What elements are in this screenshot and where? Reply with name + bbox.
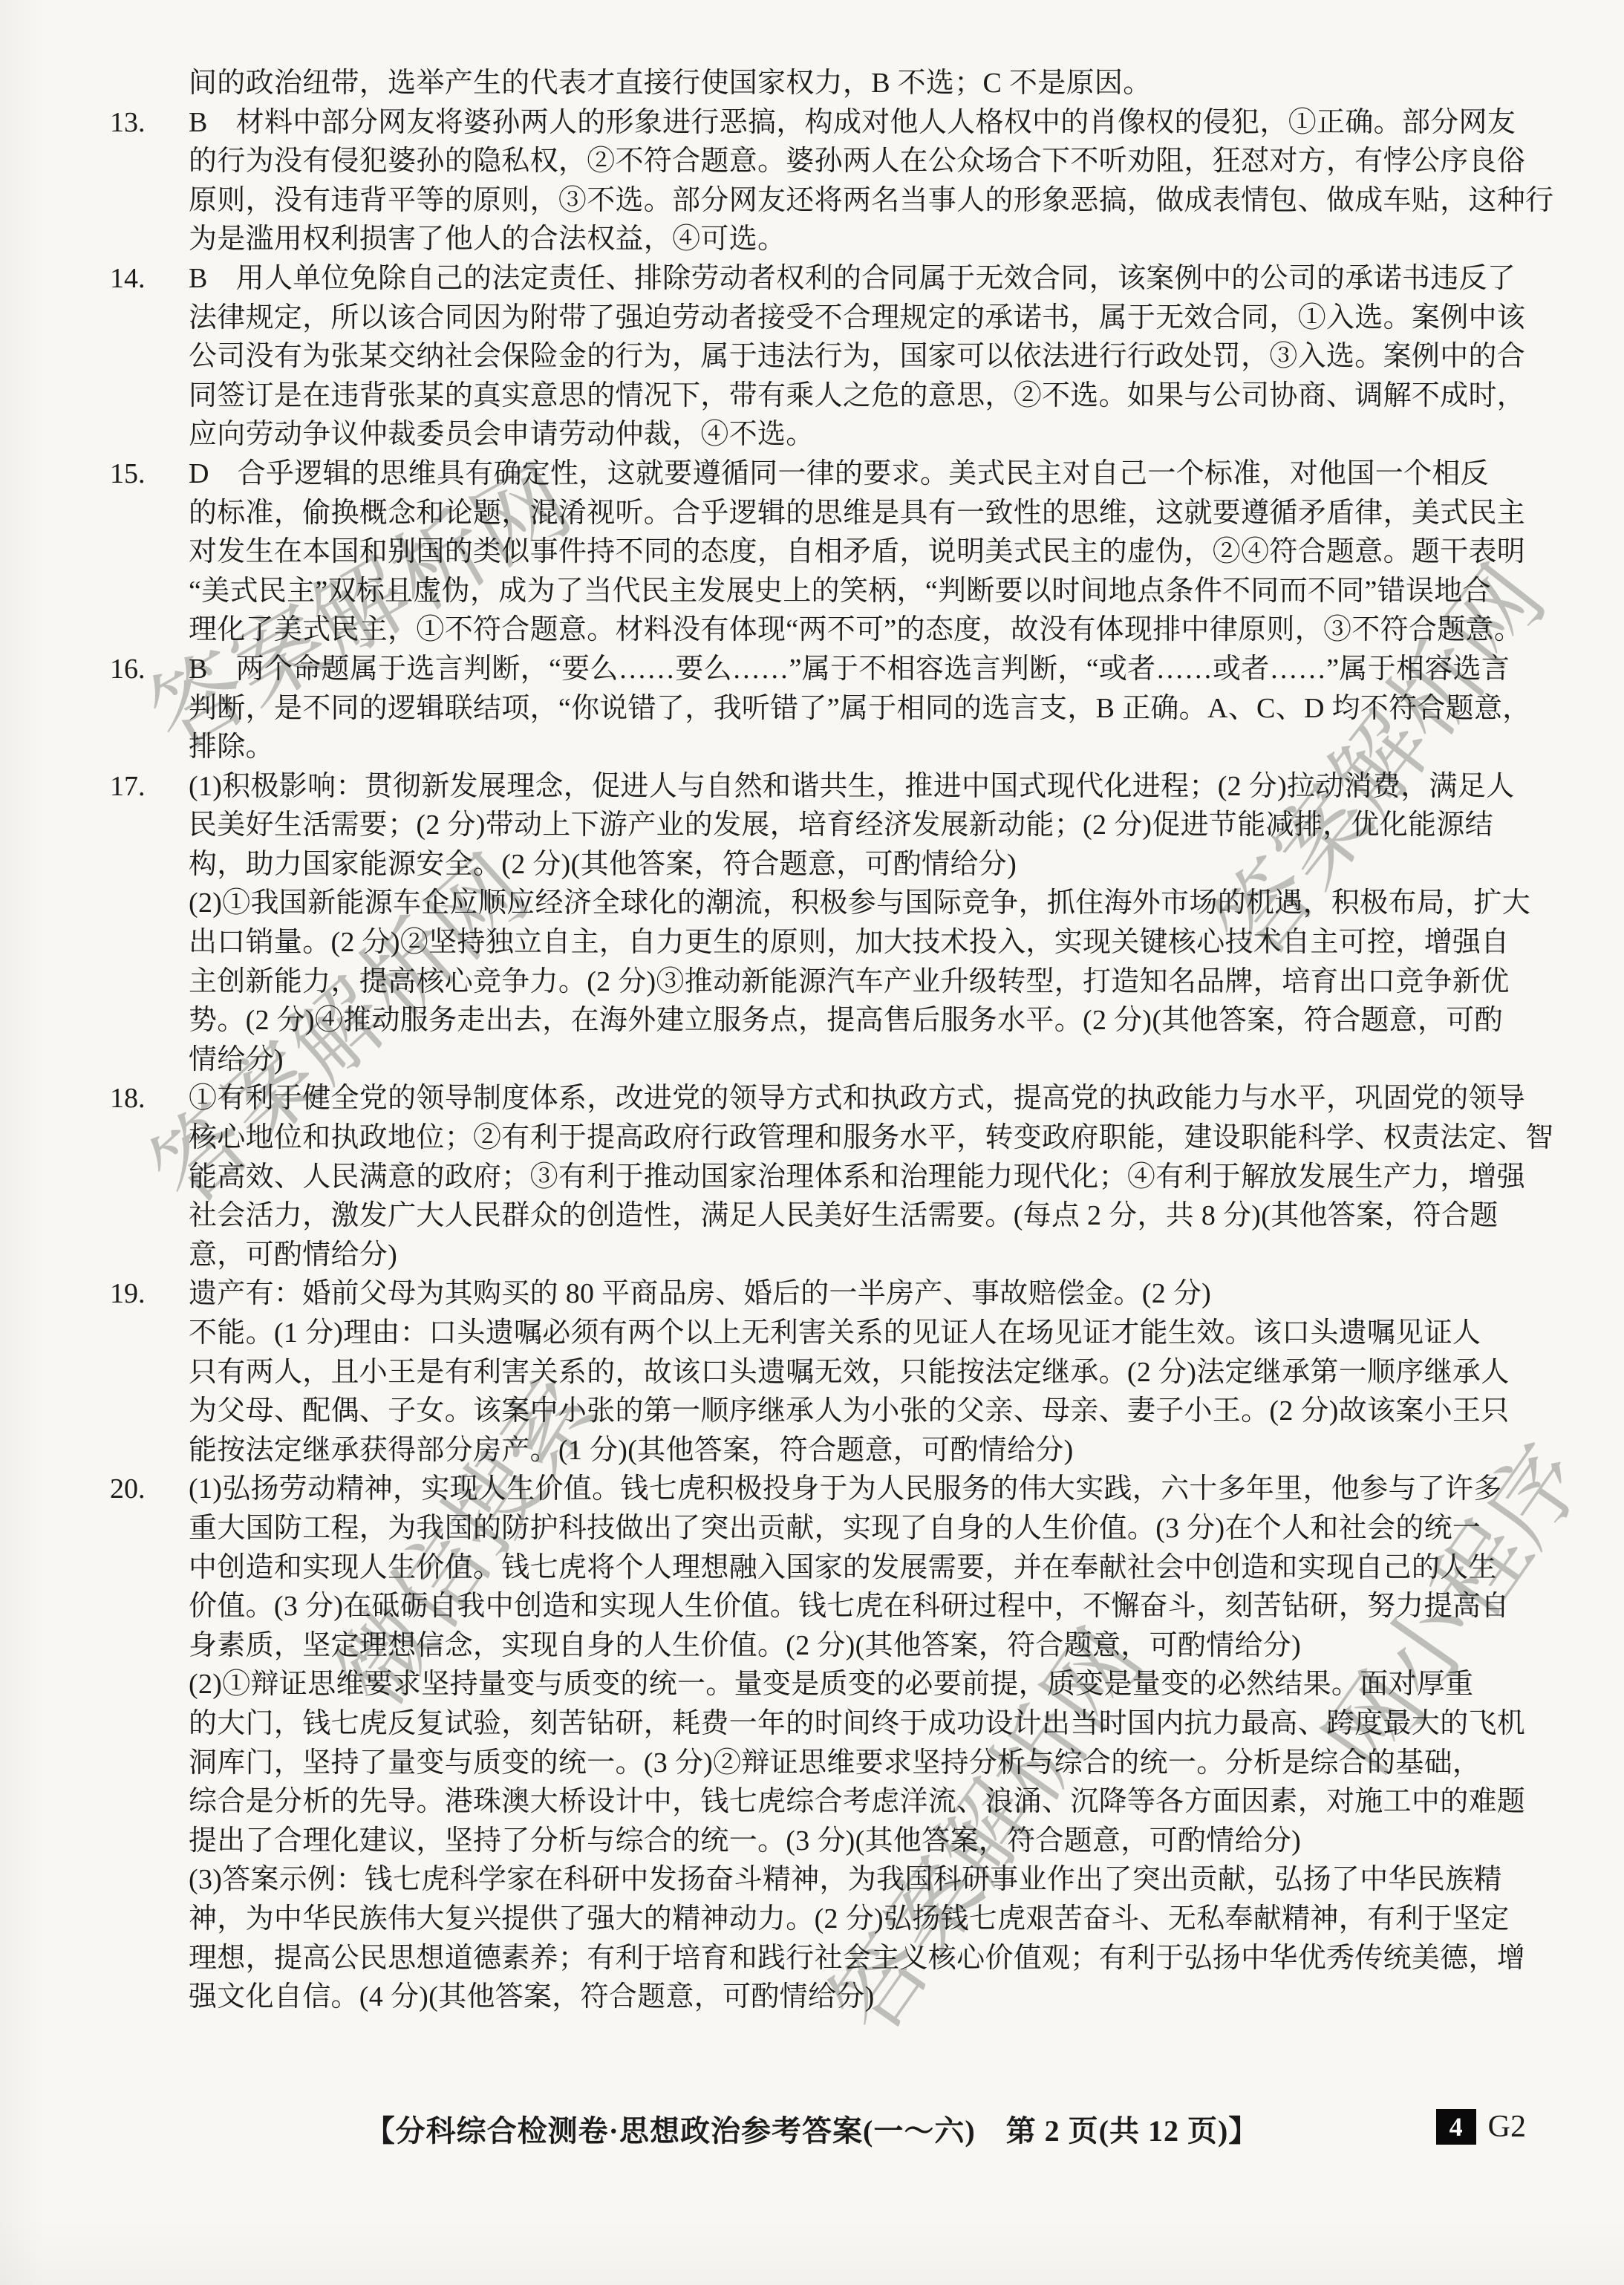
answer-number: 20. bbox=[110, 1470, 189, 2016]
answer-line: 理想，提高公民思想道德素养；有利于培育和践行社会主义核心价值观；有利于弘扬中华优… bbox=[189, 1939, 1522, 1978]
answer-line-text: 两个命题属于选言判断，“要么……要么……”属于不相容选言判断，“或者……或者……… bbox=[236, 653, 1510, 685]
answer-line-text: 间的政治纽带，选举产生的代表才直接行使国家权力，B 不选；C 不是原因。 bbox=[189, 68, 1152, 99]
footer-badge: 4 bbox=[1436, 2109, 1476, 2145]
answer-number: 15. bbox=[110, 454, 189, 650]
answer-line-text: 材料中部分网友将婆孙两人的形象进行恶搞，构成对他人人格权中的肖像权的侵犯，①正确… bbox=[236, 107, 1516, 138]
answer-body: 遗产有：婚前父母为其购买的 80 平商品房、婚后的一半房产、事故赔偿金。(2 分… bbox=[189, 1274, 1522, 1470]
answer-letter: B bbox=[189, 650, 208, 689]
answer-line-text: 的标准，偷换概念和论题，混淆视听。合乎逻辑的思维是具有一致性的思维，这就要遵循矛… bbox=[189, 498, 1525, 529]
answer-line: 构，助力国家能源安全。(2 分)(其他答案，符合题意，可酌情给分) bbox=[189, 845, 1522, 884]
answer-line: 只有两人，且小王是有利害关系的，故该口头遗嘱无效，只能按法定继承。(2 分)法定… bbox=[189, 1353, 1522, 1392]
answer-letter: B bbox=[189, 103, 208, 143]
answer-line: B用人单位免除自己的法定责任、排除劳动者权利的合同属于无效合同，该案例中的公司的… bbox=[189, 259, 1522, 299]
answer-line-text: 的大门，钱七虎反复试验，刻苦钻研，耗费一年的时间终于成功设计出当时国内抗力最高、… bbox=[189, 1708, 1525, 1739]
answer-line: 民美好生活需要；(2 分)带动上下游产业的发展，培育经济发展新动能；(2 分)促… bbox=[189, 806, 1522, 845]
answer-line: 间的政治纽带，选举产生的代表才直接行使国家权力，B 不选；C 不是原因。 bbox=[189, 64, 1522, 103]
answer-body: (1)弘扬劳动精神，实现人生价值。钱七虎积极投身于为人民服务的伟大实践，六十多年… bbox=[189, 1470, 1522, 2016]
answer-line: (2)①辩证思维要求坚持量变与质变的统一。量变是质变的必要前提，质变是量变的必然… bbox=[189, 1665, 1522, 1704]
answer-line-text: 民美好生活需要；(2 分)带动上下游产业的发展，培育经济发展新动能；(2 分)促… bbox=[189, 809, 1493, 841]
answer-line: B材料中部分网友将婆孙两人的形象进行恶搞，构成对他人人格权中的肖像权的侵犯，①正… bbox=[189, 103, 1522, 143]
answer-line: 强文化自信。(4 分)(其他答案，符合题意，可酌情给分) bbox=[189, 1978, 1522, 2017]
answer-body: (1)积极影响：贯彻新发展理念，促进人与自然和谐共生，推进中国式现代化进程；(2… bbox=[189, 767, 1522, 1080]
answer-line-text: 判断，是不同的逻辑联结项，“你说错了，我听错了”属于相同的选言支，B 正确。A、… bbox=[189, 693, 1531, 724]
answer-line-text: 价值。(3 分)在砥砺自我中创造和实现人生价值。钱七虎在科研过程中，不懈奋斗，刻… bbox=[189, 1591, 1510, 1622]
answer-line-text: 应向劳动争议仲裁委员会申请劳动仲裁，④不选。 bbox=[189, 419, 815, 450]
answer-line: 的行为没有侵犯婆孙的隐私权，②不符合题意。婆孙两人在公众场合下不听劝阻，狂怼对方… bbox=[189, 142, 1522, 181]
answer-line-text: 核心地位和执政地位；②有利于提高政府行政管理和服务水平，转变政府职能，建设职能科… bbox=[189, 1122, 1553, 1153]
answer-body: B两个命题属于选言判断，“要么……要么……”属于不相容选言判断，“或者……或者…… bbox=[189, 650, 1522, 767]
answer-line: 公司没有为张某交纳社会保险金的行为，属于违法行为，国家可以依法进行行政处罚，③入… bbox=[189, 337, 1522, 377]
answer-line-text: ①有利于健全党的领导制度体系，改进党的领导方式和执政方式，提高党的执政能力与水平… bbox=[189, 1083, 1525, 1114]
answer-line: 洞库门，坚持了量变与质变的统一。(3 分)②辩证思维要求坚持分析与综合的统一。分… bbox=[189, 1744, 1522, 1783]
answer-number: 19. bbox=[110, 1274, 189, 1470]
answer-line: 对发生在本国和别国的类似事件持不同的态度，自相矛盾，说明美式民主的虚伪，②④符合… bbox=[189, 532, 1522, 572]
answer-line: 原则，没有违背平等的原则，③不选。部分网友还将两名当事人的形象恶搞，做成表情包、… bbox=[189, 181, 1522, 221]
answers: 间的政治纽带，选举产生的代表才直接行使国家权力，B 不选；C 不是原因。13.B… bbox=[110, 64, 1522, 2017]
answer-line-text: 排除。 bbox=[189, 731, 274, 763]
answer-line: 应向劳动争议仲裁委员会申请劳动仲裁，④不选。 bbox=[189, 415, 1522, 454]
answer-line: 理化了美式民主，①不符合题意。材料没有体现“两不可”的态度，故没有体现排中律原则… bbox=[189, 610, 1522, 650]
answer-line-text: 综合是分析的先导。港珠澳大桥设计中，钱七虎综合考虑洋流、浪涌、沉降等各方面因素，… bbox=[189, 1786, 1525, 1817]
answer-line-text: (2)①我国新能源车企应顺应经济全球化的潮流，积极参与国际竞争，抓住海外市场的机… bbox=[189, 887, 1530, 919]
footer-code-suffix: G2 bbox=[1488, 2109, 1526, 2145]
answer-line-text: 法律规定，所以该合同因为附带了强迫劳动者接受不合理规定的承诺书，属于无效合同，①… bbox=[189, 302, 1525, 333]
answer-line: B两个命题属于选言判断，“要么……要么……”属于不相容选言判断，“或者……或者…… bbox=[189, 650, 1522, 689]
answer-line: 综合是分析的先导。港珠澳大桥设计中，钱七虎综合考虑洋流、浪涌、沉降等各方面因素，… bbox=[189, 1782, 1522, 1822]
answer-line: 能高效、人民满意的政府；③有利于推动国家治理体系和治理能力现代化；④有利于解放发… bbox=[189, 1158, 1522, 1197]
answer-line-text: 强文化自信。(4 分)(其他答案，符合题意，可酌情给分) bbox=[189, 1981, 875, 2012]
answer-line-text: (2)①辩证思维要求坚持量变与质变的统一。量变是质变的必要前提，质变是量变的必然… bbox=[189, 1669, 1473, 1700]
answer-item-19: 19.遗产有：婚前父母为其购买的 80 平商品房、婚后的一半房产、事故赔偿金。(… bbox=[110, 1274, 1522, 1470]
answer-line-text: 提出了合理化建议，坚持了分析与综合的统一。(3 分)(其他答案，符合题意，可酌情… bbox=[189, 1825, 1301, 1857]
answer-line: 核心地位和执政地位；②有利于提高政府行政管理和服务水平，转变政府职能，建设职能科… bbox=[189, 1118, 1522, 1158]
answer-line: 势。(2 分)④推动服务走出去，在海外建立服务点，提高售后服务水平。(2 分)(… bbox=[189, 1001, 1522, 1040]
answer-line: 神，为中华民族伟大复兴提供了强大的精神动力。(2 分)弘扬钱七虎艰苦奋斗、无私奉… bbox=[189, 1900, 1522, 1939]
answer-number: 16. bbox=[110, 650, 189, 767]
answer-line: 意，可酌情给分) bbox=[189, 1236, 1522, 1275]
answer-line-text: 为父母、配偶、子女。该案中小张的第一顺序继承人为小张的父亲、母亲、妻子小王。(2… bbox=[189, 1395, 1510, 1427]
answer-line: ①有利于健全党的领导制度体系，改进党的领导方式和执政方式，提高党的执政能力与水平… bbox=[189, 1079, 1522, 1118]
answer-line: 排除。 bbox=[189, 728, 1522, 767]
answer-line-text: 构，助力国家能源安全。(2 分)(其他答案，符合题意，可酌情给分) bbox=[189, 849, 1017, 880]
answer-line-text: 社会活力，激发广大人民群众的创造性，满足人民美好生活需要。(每点 2 分，共 8… bbox=[189, 1200, 1499, 1231]
answer-line: 的大门，钱七虎反复试验，刻苦钻研，耗费一年的时间终于成功设计出当时国内抗力最高、… bbox=[189, 1704, 1522, 1744]
answer-line: 能按法定继承获得部分房产。(1 分)(其他答案，符合题意，可酌情给分) bbox=[189, 1431, 1522, 1470]
answer-line-text: 用人单位免除自己的法定责任、排除劳动者权利的合同属于无效合同，该案例中的公司的承… bbox=[236, 263, 1516, 294]
answer-body: B材料中部分网友将婆孙两人的形象进行恶搞，构成对他人人格权中的肖像权的侵犯，①正… bbox=[189, 103, 1522, 259]
answer-item-13: 13.B材料中部分网友将婆孙两人的形象进行恶搞，构成对他人人格权中的肖像权的侵犯… bbox=[110, 103, 1522, 259]
answer-line-text: 公司没有为张某交纳社会保险金的行为，属于违法行为，国家可以依法进行行政处罚，③入… bbox=[189, 341, 1525, 372]
answer-line-text: (1)积极影响：贯彻新发展理念，促进人与自然和谐共生，推进中国式现代化进程；(2… bbox=[189, 771, 1514, 802]
answer-number: 14. bbox=[110, 259, 189, 454]
answer-line-text: 能按法定继承获得部分房产。(1 分)(其他答案，符合题意，可酌情给分) bbox=[189, 1435, 1074, 1466]
answer-line: 同签订是在违背张某的真实意思的情况下，带有乘人之危的意思，②不选。如果与公司协商… bbox=[189, 377, 1522, 416]
answer-line: D合乎逻辑的思维具有确定性，这就要遵循同一律的要求。美式民主对自己一个标准，对他… bbox=[189, 454, 1522, 494]
answer-line-text: (3)答案示例：钱七虎科学家在科研中发扬奋斗精神，为我国科研事业作出了突出贡献，… bbox=[189, 1864, 1502, 1895]
answer-line-text: “美式民主”双标且虚伪，成为了当代民主发展史上的笑柄，“判断要以时间地点条件不同… bbox=[189, 576, 1491, 607]
answer-line: 出口销量。(2 分)②坚持独立自主，自力更生的原则，加大技术投入，实现关键核心技… bbox=[189, 923, 1522, 962]
answer-line-text: 洞库门，坚持了量变与质变的统一。(3 分)②辩证思维要求坚持分析与综合的统一。分… bbox=[189, 1747, 1481, 1779]
answer-line-text: 对发生在本国和别国的类似事件持不同的态度，自相矛盾，说明美式民主的虚伪，②④符合… bbox=[189, 536, 1525, 567]
page-footer: 【分科综合检测卷·思想政治参考答案(一～六) 第 2 页(共 12 页)】 4 … bbox=[0, 2108, 1624, 2152]
answer-line: 法律规定，所以该合同因为附带了强迫劳动者接受不合理规定的承诺书，属于无效合同，①… bbox=[189, 299, 1522, 338]
answer-line-text: 合乎逻辑的思维具有确定性，这就要遵循同一律的要求。美式民主对自己一个标准，对他国… bbox=[238, 458, 1489, 489]
answer-body: D合乎逻辑的思维具有确定性，这就要遵循同一律的要求。美式民主对自己一个标准，对他… bbox=[189, 454, 1522, 650]
answer-line-text: 的行为没有侵犯婆孙的隐私权，②不符合题意。婆孙两人在公众场合下不听劝阻，狂怼对方… bbox=[189, 146, 1525, 177]
answer-line: 社会活力，激发广大人民群众的创造性，满足人民美好生活需要。(每点 2 分，共 8… bbox=[189, 1196, 1522, 1236]
answer-item-15: 15.D合乎逻辑的思维具有确定性，这就要遵循同一律的要求。美式民主对自己一个标准… bbox=[110, 454, 1522, 650]
answer-line-text: 理想，提高公民思想道德素养；有利于培育和践行社会主义核心价值观；有利于弘扬中华优… bbox=[189, 1943, 1525, 1974]
answer-line-text: 中创造和实现人生价值。钱七虎将个人理想融入国家的发展需要，并在奉献社会中创造和实… bbox=[189, 1552, 1497, 1583]
answer-line: (1)积极影响：贯彻新发展理念，促进人与自然和谐共生，推进中国式现代化进程；(2… bbox=[189, 767, 1522, 806]
footer-code: 4 G2 bbox=[1436, 2109, 1526, 2145]
answer-line-text: 身素质，坚定理想信念，实现自身的人生价值。(2 分)(其他答案，符合题意，可酌情… bbox=[189, 1630, 1301, 1661]
answer-line: 重大国防工程，为我国的防护科技做出了突出贡献，实现了自身的人生价值。(3 分)在… bbox=[189, 1509, 1522, 1548]
answer-line: 为是滥用权利损害了他人的合法权益，④可选。 bbox=[189, 220, 1522, 259]
answer-line: 情给分) bbox=[189, 1040, 1522, 1080]
answer-item-18: 18.①有利于健全党的领导制度体系，改进党的领导方式和执政方式，提高党的执政能力… bbox=[110, 1079, 1522, 1274]
answer-number: 13. bbox=[110, 103, 189, 259]
answer-line: 判断，是不同的逻辑联结项，“你说错了，我听错了”属于相同的选言支，B 正确。A、… bbox=[189, 689, 1522, 728]
answer-number bbox=[110, 64, 189, 103]
answer-line: 为父母、配偶、子女。该案中小张的第一顺序继承人为小张的父亲、母亲、妻子小王。(2… bbox=[189, 1392, 1522, 1431]
answer-line-text: 原则，没有违背平等的原则，③不选。部分网友还将两名当事人的形象恶搞，做成表情包、… bbox=[189, 185, 1553, 216]
answer-line: 身素质，坚定理想信念，实现自身的人生价值。(2 分)(其他答案，符合题意，可酌情… bbox=[189, 1626, 1522, 1666]
answer-line-text: 出口销量。(2 分)②坚持独立自主，自力更生的原则，加大技术投入，实现关键核心技… bbox=[189, 927, 1510, 958]
answer-number: 18. bbox=[110, 1079, 189, 1274]
answer-line-text: 同签订是在违背张某的真实意思的情况下，带有乘人之危的意思，②不选。如果与公司协商… bbox=[189, 380, 1525, 411]
answer-line: (2)①我国新能源车企应顺应经济全球化的潮流，积极参与国际竞争，抓住海外市场的机… bbox=[189, 884, 1522, 923]
answer-item-continuation: 间的政治纽带，选举产生的代表才直接行使国家权力，B 不选；C 不是原因。 bbox=[110, 64, 1522, 103]
answer-item-20: 20.(1)弘扬劳动精神，实现人生价值。钱七虎积极投身于为人民服务的伟大实践，六… bbox=[110, 1470, 1522, 2016]
answer-line-text: (1)弘扬劳动精神，实现人生价值。钱七虎积极投身于为人民服务的伟大实践，六十多年… bbox=[189, 1473, 1502, 1505]
answer-line-text: 理化了美式民主，①不符合题意。材料没有体现“两不可”的态度，故没有体现排中律原则… bbox=[189, 614, 1522, 645]
answer-line: “美式民主”双标且虚伪，成为了当代民主发展史上的笑柄，“判断要以时间地点条件不同… bbox=[189, 572, 1522, 611]
answer-line: 中创造和实现人生价值。钱七虎将个人理想融入国家的发展需要，并在奉献社会中创造和实… bbox=[189, 1548, 1522, 1588]
answer-line-text: 神，为中华民族伟大复兴提供了强大的精神动力。(2 分)弘扬钱七虎艰苦奋斗、无私奉… bbox=[189, 1903, 1510, 1934]
answer-line: (3)答案示例：钱七虎科学家在科研中发扬奋斗精神，为我国科研事业作出了突出贡献，… bbox=[189, 1860, 1522, 1900]
scanned-answer-page: 答案解析网答案解析网答案解析网微信搜索答案解析网网小程序 间的政治纽带，选举产生… bbox=[0, 0, 1624, 2285]
answer-line-text: 为是滥用权利损害了他人的合法权益，④可选。 bbox=[189, 224, 786, 255]
answer-line-text: 不能。(1 分)理由：口头遗嘱必须有两个以上无利害关系的见证人在场见证才能生效。… bbox=[189, 1317, 1481, 1349]
answer-item-14: 14.B用人单位免除自己的法定责任、排除劳动者权利的合同属于无效合同，该案例中的… bbox=[110, 259, 1522, 454]
answer-line: (1)弘扬劳动精神，实现人生价值。钱七虎积极投身于为人民服务的伟大实践，六十多年… bbox=[189, 1470, 1522, 1509]
answer-line-text: 重大国防工程，为我国的防护科技做出了突出贡献，实现了自身的人生价值。(3 分)在… bbox=[189, 1513, 1481, 1544]
answer-line: 遗产有：婚前父母为其购买的 80 平商品房、婚后的一半房产、事故赔偿金。(2 分… bbox=[189, 1274, 1522, 1314]
answer-body: 间的政治纽带，选举产生的代表才直接行使国家权力，B 不选；C 不是原因。 bbox=[189, 64, 1522, 103]
answer-line-text: 情给分) bbox=[189, 1044, 284, 1075]
answer-item-17: 17.(1)积极影响：贯彻新发展理念，促进人与自然和谐共生，推进中国式现代化进程… bbox=[110, 767, 1522, 1080]
answer-line: 不能。(1 分)理由：口头遗嘱必须有两个以上无利害关系的见证人在场见证才能生效。… bbox=[189, 1314, 1522, 1353]
answer-body: B用人单位免除自己的法定责任、排除劳动者权利的合同属于无效合同，该案例中的公司的… bbox=[189, 259, 1522, 454]
answer-letter: B bbox=[189, 259, 208, 299]
answer-line-text: 势。(2 分)④推动服务走出去，在海外建立服务点，提高售后服务水平。(2 分)(… bbox=[189, 1005, 1503, 1036]
answer-line-text: 能高效、人民满意的政府；③有利于推动国家治理体系和治理能力现代化；④有利于解放发… bbox=[189, 1161, 1525, 1193]
answer-line: 价值。(3 分)在砥砺自我中创造和实现人生价值。钱七虎在科研过程中，不懈奋斗，刻… bbox=[189, 1587, 1522, 1626]
answer-line: 的标准，偷换概念和论题，混淆视听。合乎逻辑的思维是具有一致性的思维，这就要遵循矛… bbox=[189, 494, 1522, 533]
answer-line: 主创新能力，提高核心竞争力。(2 分)③推动新能源汽车产业升级转型，打造知名品牌… bbox=[189, 962, 1522, 1002]
answer-letter: D bbox=[189, 454, 209, 494]
answer-item-16: 16.B两个命题属于选言判断，“要么……要么……”属于不相容选言判断，“或者……… bbox=[110, 650, 1522, 767]
answer-line-text: 意，可酌情给分) bbox=[189, 1239, 397, 1271]
answer-body: ①有利于健全党的领导制度体系，改进党的领导方式和执政方式，提高党的执政能力与水平… bbox=[189, 1079, 1522, 1274]
footer-title: 【分科综合检测卷·思想政治参考答案(一～六) 第 2 页(共 12 页)】 bbox=[0, 2108, 1624, 2150]
answer-line-text: 只有两人，且小王是有利害关系的，故该口头遗嘱无效，只能按法定继承。(2 分)法定… bbox=[189, 1357, 1510, 1388]
answer-number: 17. bbox=[110, 767, 189, 1080]
answer-line: 提出了合理化建议，坚持了分析与综合的统一。(3 分)(其他答案，符合题意，可酌情… bbox=[189, 1822, 1522, 1861]
answer-line-text: 主创新能力，提高核心竞争力。(2 分)③推动新能源汽车产业升级转型，打造知名品牌… bbox=[189, 966, 1510, 997]
answer-line-text: 遗产有：婚前父母为其购买的 80 平商品房、婚后的一半房产、事故赔偿金。(2 分… bbox=[189, 1278, 1211, 1309]
